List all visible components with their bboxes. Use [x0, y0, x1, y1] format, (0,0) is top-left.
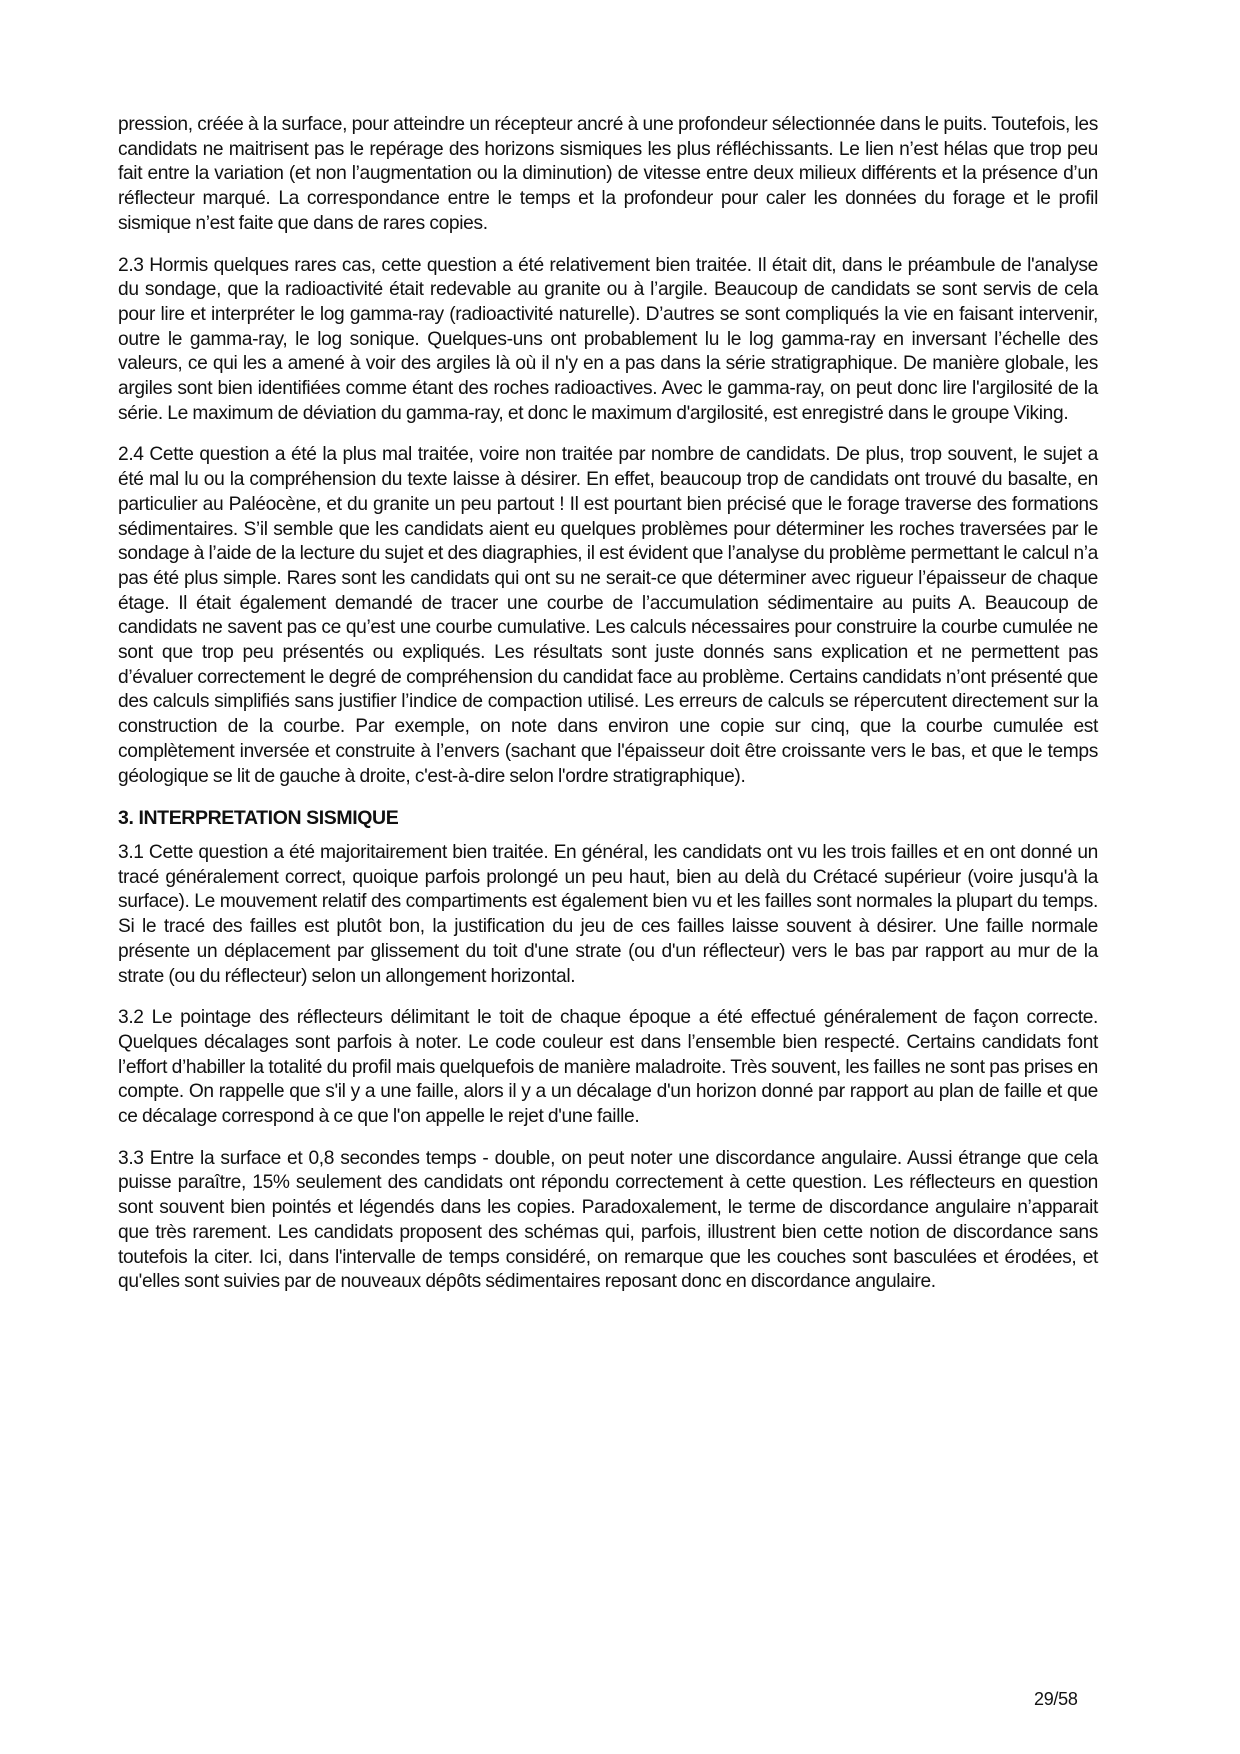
page-number: 29/58 — [1034, 1689, 1078, 1710]
document-page: pression, créée à la surface, pour attei… — [118, 113, 1098, 1312]
section-heading-interpretation-sismique: 3. INTERPRETATION SISMIQUE — [118, 806, 1098, 831]
paragraph-2-4: 2.4 Cette question a été la plus mal tra… — [118, 443, 1098, 789]
paragraph-seismic-intro-continued: pression, créée à la surface, pour attei… — [118, 113, 1098, 237]
paragraph-2-3: 2.3 Hormis quelques rares cas, cette que… — [118, 254, 1098, 427]
paragraph-3-1: 3.1 Cette question a été majoritairement… — [118, 841, 1098, 989]
paragraph-3-2: 3.2 Le pointage des réflecteurs délimita… — [118, 1006, 1098, 1130]
paragraph-3-3: 3.3 Entre la surface et 0,8 secondes tem… — [118, 1147, 1098, 1295]
